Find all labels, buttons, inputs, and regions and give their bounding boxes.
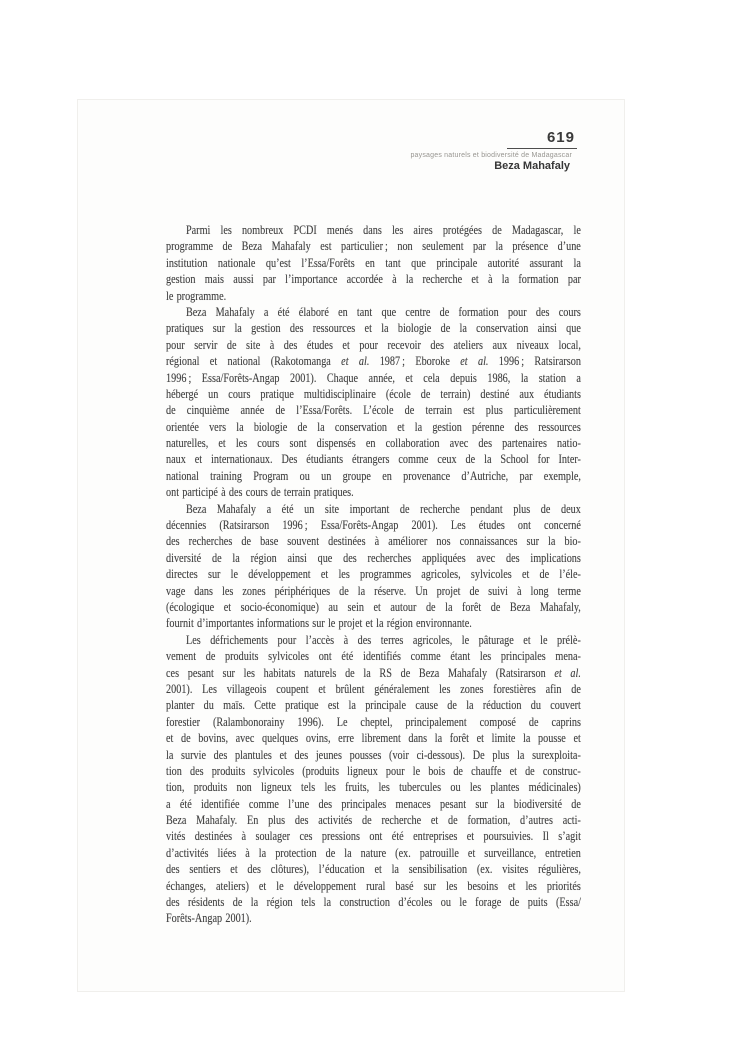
text-line: échanges,ateliers)etledéveloppementrural…	[166, 878, 581, 894]
text-line: Forêts-Angap2001).	[166, 910, 581, 926]
text-line: tiondesproduitssylvicoles(produitsligneu…	[166, 763, 581, 779]
text-line: planterdumaïs.Cettepratiqueestlaprincipa…	[166, 697, 581, 713]
text-line: dessentiersetdesclôtures),l’éducationetl…	[166, 861, 581, 877]
text-line: desrecherchesdebasesouventdestinéesàamél…	[166, 533, 581, 549]
text-line: directessurledéveloppementetlesprogramme…	[166, 566, 581, 582]
text-line: forestier(Ralambonorainy1996).Lecheptel,…	[166, 714, 581, 730]
text-line: ParmilesnombreuxPCDImenésdanslesairespro…	[166, 222, 581, 238]
text-line: nationaltrainingProgramouungroupeenprove…	[166, 468, 581, 484]
text-line: ontparticipéàdescoursdeterrainpratiques.	[166, 484, 581, 500]
text-line: etdebovins,avecquelquesovins,errelibreme…	[166, 730, 581, 746]
text-line: programmedeBezaMahafalyestparticulier ;n…	[166, 238, 581, 254]
text-line: Lesdéfrichementspourl’accèsàdesterresagr…	[166, 632, 581, 648]
text-line: 2001).Lesvillageoiscoupentetbrûlentgénér…	[166, 681, 581, 697]
text-line: lasurviedesplantulesetdesjeunespousses(v…	[166, 747, 581, 763]
text-line: pourservirdesiteàdesétudesetpourrecevoir…	[166, 337, 581, 353]
header-rule	[507, 148, 577, 149]
text-line: BezaMahafaly.Enplusdesactivitésderecherc…	[166, 812, 581, 828]
text-line: BezaMahafalyaétéunsiteimportantderecherc…	[166, 501, 581, 517]
body-text: ParmilesnombreuxPCDImenésdanslesairespro…	[166, 222, 686, 927]
text-line: orientéeverslabiologiedelaconservationet…	[166, 419, 581, 435]
document-canvas: { "page_header": { "page_number": "619",…	[0, 0, 744, 1053]
text-line: leprogramme.	[166, 288, 581, 304]
text-line: gestionmaisaussiparl’importanceaccordéeà…	[166, 271, 581, 287]
text-line: cespesantsurleshabitatsnaturelsdelaRSdeB…	[166, 665, 581, 681]
text-line: 1996 ;Essa/Forêts-Angap2001).Chaqueannée…	[166, 370, 581, 386]
text-line: fournitd’importantesinformationssurlepro…	[166, 615, 581, 631]
text-line: régionaletnational(Rakotomangaetal.1987 …	[166, 353, 581, 369]
text-line: naturelles,etlescourssontdispensésencoll…	[166, 435, 581, 451]
text-line: hébergéuncourspratiquemultidisciplinaire…	[166, 386, 581, 402]
scanned-book-page: 619 paysages naturels et biodiversité de…	[78, 100, 624, 991]
text-line: desrésidentsdelarégiontelslaconstruction…	[166, 894, 581, 910]
text-line: aétéidentifiéecommel’unedesprincipalesme…	[166, 796, 581, 812]
section-title: Beza Mahafaly	[494, 160, 570, 172]
text-line: vementdeproduitssylvicolesontétéidentifi…	[166, 648, 581, 664]
text-line: pratiquessurlagestiondesressourcesetlabi…	[166, 320, 581, 336]
text-line: institutionnationalequ’estl’Essa/Forêtse…	[166, 255, 581, 271]
text-line: diversitédelarégionainsiquedesrecherches…	[166, 550, 581, 566]
text-line: tion,produitsnonligneuxtelslesfruits,les…	[166, 779, 581, 795]
text-line: nauxetinternationaux.Desétudiantsétrange…	[166, 451, 581, 467]
running-title: paysages naturels et biodiversité de Mad…	[410, 152, 572, 159]
page-number: 619	[547, 129, 575, 146]
text-line: vagedansleszonespériphériquesdelaréserve…	[166, 583, 581, 599]
text-line: vitésdestinéesàsoulagercespressionsontét…	[166, 828, 581, 844]
text-line: BezaMahafalyaétéélaboréentantquecentrede…	[166, 304, 581, 320]
text-line: (écologiqueetsocio-économique)auseinetau…	[166, 599, 581, 615]
text-line: décennies(Ratsirarson1996 ;Essa/Forêts-A…	[166, 517, 581, 533]
text-line: decinquièmeannéedel’Essa/Forêts.L’écoled…	[166, 402, 581, 418]
text-line: d’activitésliéesàlaprotectiondelanature(…	[166, 845, 581, 861]
